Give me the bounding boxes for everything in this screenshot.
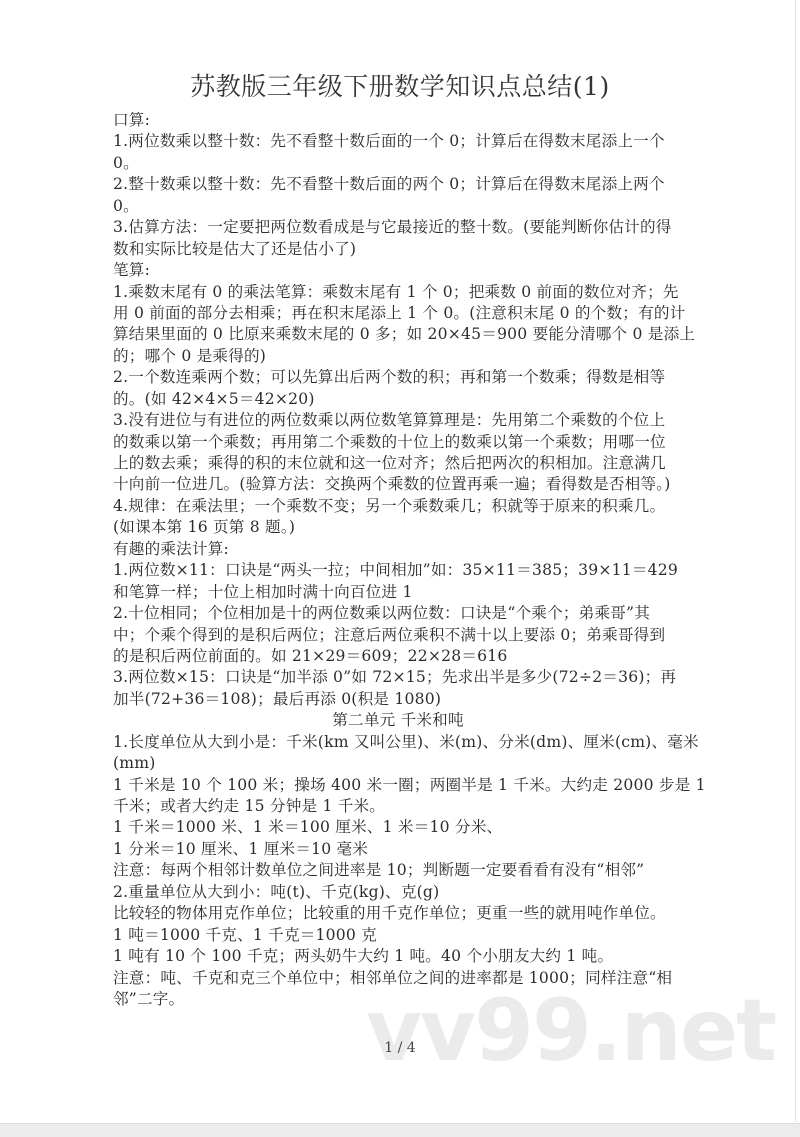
text-line: 用 0 前面的部分去相乘；再在积末尾添上 1 个 0。(注意积末尾 0 的个数；…: [113, 303, 683, 324]
text-line: 1 分米＝10 厘米、1 厘米＝10 毫米: [113, 839, 683, 860]
text-line: 1.长度单位从大到小是：千米(km 又叫公里)、米(m)、分米(dm)、厘米(c…: [113, 732, 683, 753]
document-page: vv99.net 苏教版三年级下册数学知识点总结(1) 口算:1.两位数乘以整十…: [0, 0, 796, 1122]
page-number: 1 / 4: [0, 1040, 800, 1056]
text-line: 3.估算方法：一定要把两位数看成是与它最接近的整十数。(要能判断你估计的得: [113, 217, 683, 238]
text-line: 1 吨＝1000 千克、1 千克＝1000 克: [113, 925, 683, 946]
text-line: 1 千米＝1000 米、1 米＝100 厘米、1 米＝10 分米、: [113, 817, 683, 838]
text-line: (如课本第 16 页第 8 题。): [113, 517, 683, 538]
text-line: 注意：吨、千克和克三个单位中；相邻单位之间的进率都是 1000；同样注意“相: [113, 968, 683, 989]
text-line: 3.两位数×15：口诀是“加半添 0”如 72×15；先求出半是多少(72÷2＝…: [113, 667, 683, 688]
viewer-background: [0, 1123, 800, 1137]
text-line: 和笔算一样；十位上相加时满十向百位进 1: [113, 582, 683, 603]
text-line: 的数乘以第一个乘数；再用第二个乘数的十位上的数乘以第一个乘数；用哪一位: [113, 432, 683, 453]
text-line: 中；个乘个得到的是积后两位；注意后两位乘积不满十以上要添 0；弟乘哥得到: [113, 625, 683, 646]
text-line: 的是积后两位前面的。如 21×29＝609；22×28＝616: [113, 646, 683, 667]
text-line: 邻”二字。: [113, 989, 683, 1010]
text-line: 比较轻的物体用克作单位；比较重的用千克作单位；更重一些的就用吨作单位。: [113, 903, 683, 924]
text-line: 2.重量单位从大到小：吨(t)、千克(kg)、克(g): [113, 882, 683, 903]
text-line: 口算:: [113, 110, 683, 131]
text-line: 3.没有进位与有进位的两位数乘以两位数笔算算理是：先用第二个乘数的个位上: [113, 410, 683, 431]
text-line: 十向前一位进几。(验算方法：交换两个乘数的位置再乘一遍；看得数是否相等。): [113, 474, 683, 495]
text-line: 2.一个数连乘两个数；可以先算出后两个数的积；再和第一个数乘；得数是相等: [113, 367, 683, 388]
text-line: 1.两位数乘以整十数：先不看整十数后面的一个 0；计算后在得数末尾添上一个: [113, 131, 683, 152]
text-line: 有趣的乘法计算:: [113, 539, 683, 560]
section-heading: 第二单元 千米和吨: [113, 710, 683, 731]
text-line: 的；哪个 0 是乘得的): [113, 346, 683, 367]
text-line: 1.乘数末尾有 0 的乘法笔算：乘数末尾有 1 个 0；把乘数 0 前面的数位对…: [113, 282, 683, 303]
text-line: 笔算:: [113, 260, 683, 281]
text-line: 1 千米是 10 个 100 米；操场 400 米一圈；两圈半是 1 千米。大约…: [113, 775, 683, 796]
text-line: (mm): [113, 753, 683, 774]
document-body: 口算:1.两位数乘以整十数：先不看整十数后面的一个 0；计算后在得数末尾添上一个…: [113, 110, 683, 1010]
text-line: 注意：每两个相邻计数单位之间进率是 10；判断题一定要看看有没有“相邻”: [113, 860, 683, 881]
text-line: 上的数去乘；乘得的积的末位就和这一位对齐；然后把两次的积相加。注意满几: [113, 453, 683, 474]
text-line: 加半(72+36＝108)；最后再添 0(积是 1080): [113, 689, 683, 710]
text-line: 千米；或者大约走 15 分钟是 1 千米。: [113, 796, 683, 817]
text-line: 1 吨有 10 个 100 千克；两头奶牛大约 1 吨。40 个小朋友大约 1 …: [113, 946, 683, 967]
document-title: 苏教版三年级下册数学知识点总结(1): [0, 70, 800, 104]
text-line: 2.十位相同；个位相加是十的两位数乘以两位数：口诀是“个乘个；弟乘哥”其: [113, 603, 683, 624]
text-line: 2.整十数乘以整十数：先不看整十数后面的两个 0；计算后在得数末尾添上两个: [113, 174, 683, 195]
text-line: 的。(如 42×4×5＝42×20): [113, 389, 683, 410]
text-line: 0。: [113, 196, 683, 217]
text-line: 0。: [113, 153, 683, 174]
text-line: 算结果里面的 0 比原来乘数末尾的 0 多；如 20×45＝900 要能分清哪个…: [113, 324, 683, 345]
text-line: 1.两位数×11：口诀是“两头一拉；中间相加”如：35×11＝385；39×11…: [113, 560, 683, 581]
text-line: 4.规律：在乘法里；一个乘数不变；另一个乘数乘几；积就等于原来的积乘几。: [113, 496, 683, 517]
text-line: 数和实际比较是估大了还是估小了): [113, 239, 683, 260]
